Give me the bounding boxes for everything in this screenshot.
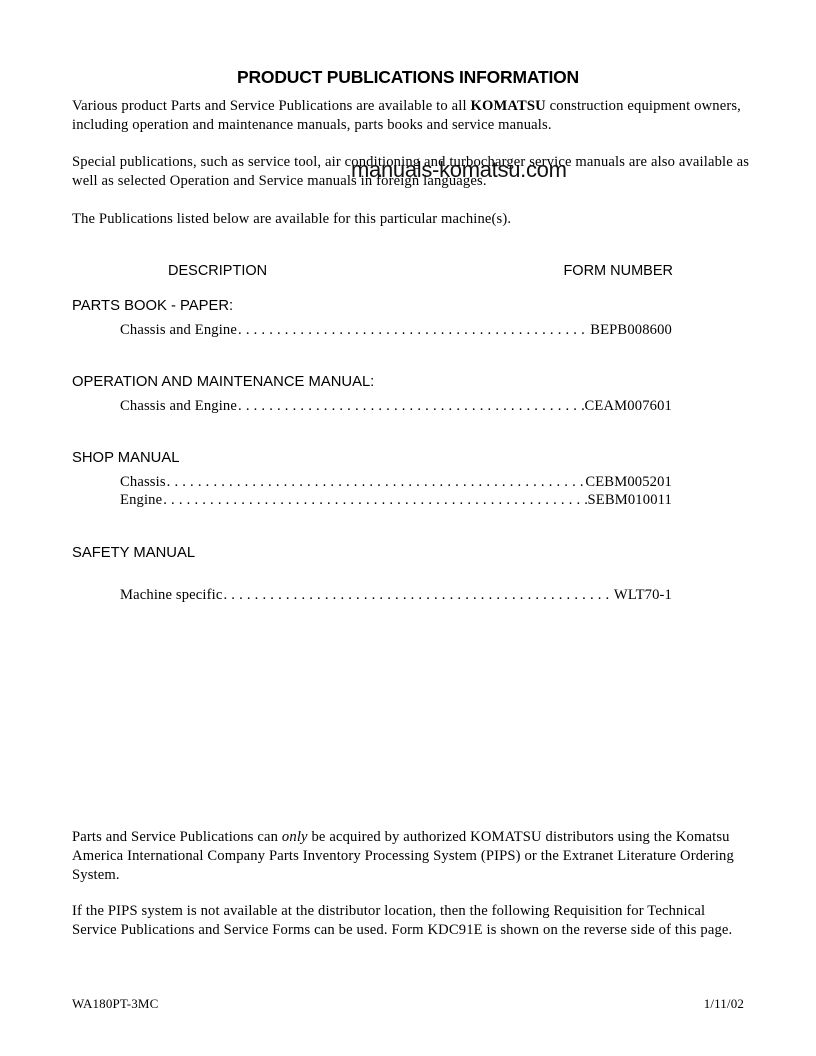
entry-description: Chassis and Engine [120,397,237,416]
section-title-parts-book: PARTS BOOK - PAPER: [72,297,233,315]
acquisition-emphasis: only [282,829,308,845]
publication-entry: Chassis CEBM005201 [120,473,672,492]
publication-entry: Engine SEBM010011 [120,491,672,510]
acquisition-text-1: Parts and Service Publications can [72,829,282,845]
entry-form-number: WLT70-1 [614,586,672,605]
entry-form-number: CEAM007601 [585,397,672,416]
dot-leader [162,491,587,510]
page-title: PRODUCT PUBLICATIONS INFORMATION [0,66,816,88]
entry-description: Chassis and Engine [120,321,237,340]
pips-note-paragraph: If the PIPS system is not available at t… [72,902,752,940]
intro-paragraph: Various product Parts and Service Public… [72,97,752,135]
footer-model: WA180PT-3MC [72,996,158,1012]
dot-leader [237,321,590,340]
entry-description: Machine specific [120,586,222,605]
acquisition-note-paragraph: Parts and Service Publications can only … [72,828,752,885]
column-header-description: DESCRIPTION [168,262,267,280]
dot-leader [166,473,586,492]
entry-form-number: BEPB008600 [590,321,672,340]
publication-entry: Chassis and Engine CEAM007601 [120,397,672,416]
entry-form-number: CEBM005201 [585,473,672,492]
brand-name: KOMATSU [470,98,545,114]
listed-below-paragraph: The Publications listed below are availa… [72,210,752,229]
section-title-safety-manual: SAFETY MANUAL [72,544,195,562]
entry-form-number: SEBM010011 [588,491,672,510]
entry-description: Engine [120,491,162,510]
section-title-shop-manual: SHOP MANUAL [72,449,179,467]
dot-leader [222,586,613,605]
watermark: manuals-komatsu.com [351,157,567,183]
publication-entry: Chassis and Engine BEPB008600 [120,321,672,340]
entry-description: Chassis [120,473,166,492]
intro-text-1: Various product Parts and Service Public… [72,98,470,114]
dot-leader [237,397,585,416]
footer-date: 1/11/02 [704,996,744,1012]
column-header-form-number: FORM NUMBER [563,262,673,280]
section-title-operation-maintenance: OPERATION AND MAINTENANCE MANUAL: [72,373,374,391]
publication-entry: Machine specific WLT70-1 [120,586,672,605]
